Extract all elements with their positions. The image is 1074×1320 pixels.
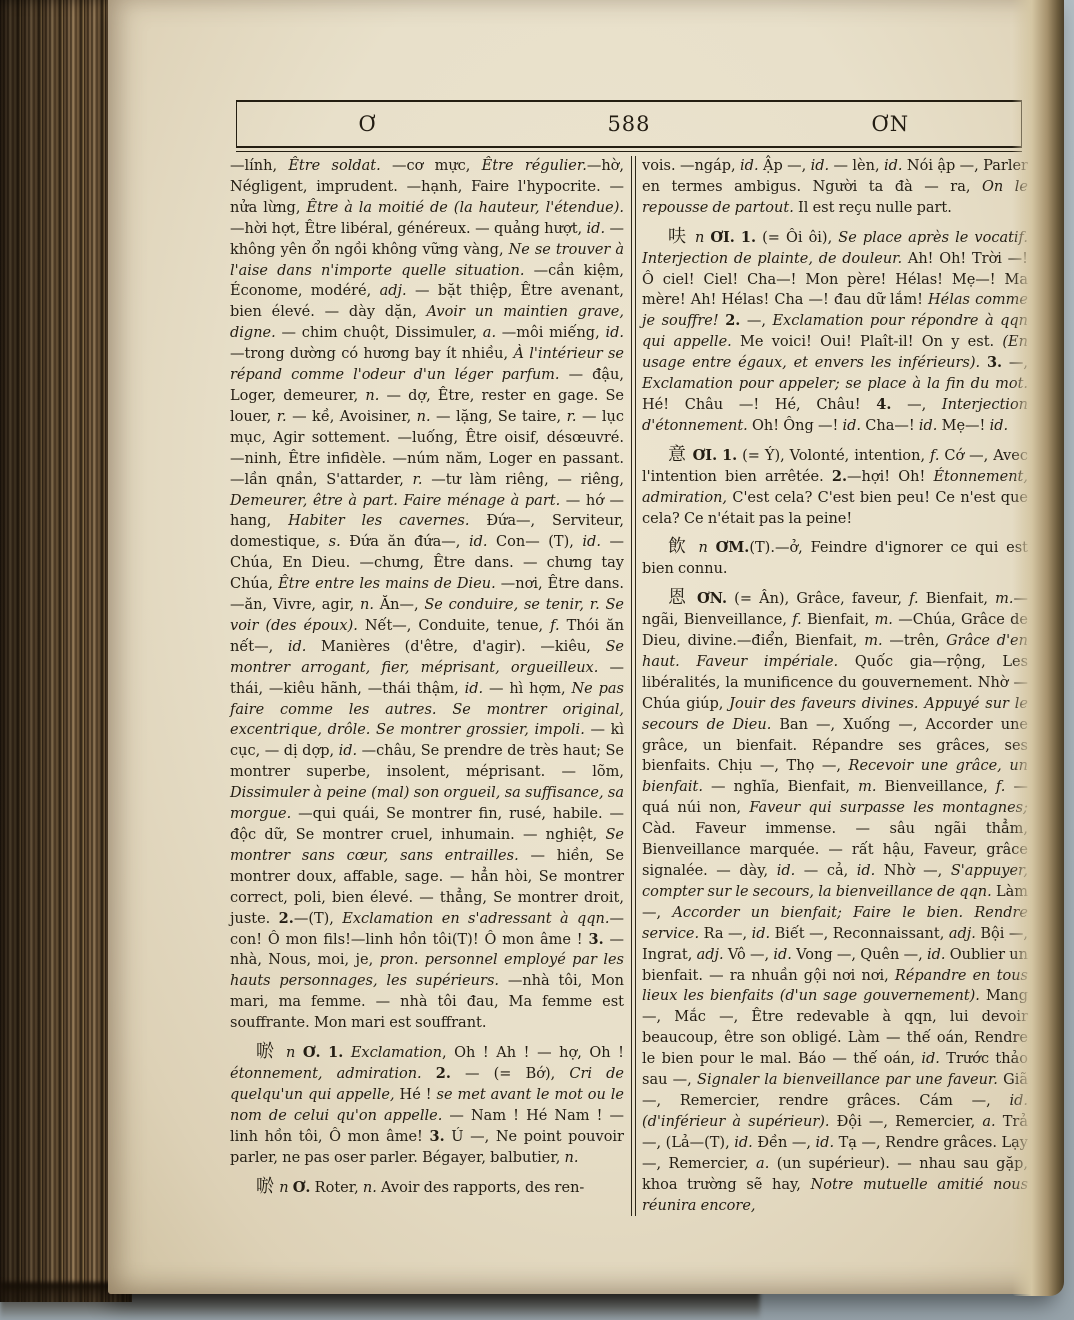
italic-text: a. (982, 1114, 995, 1130)
right-column: vois. —ngáp, id. Ập —, id. — lèn, id. Nó… (642, 156, 1028, 1216)
page-number: 588 (498, 112, 759, 136)
italic-text: a. (483, 325, 496, 341)
italic-text: étonnement, admiration. (230, 1066, 422, 1082)
italic-text: Être entre les mains de Dieu. (278, 576, 496, 592)
italic-text: id. (921, 1051, 940, 1067)
italic-text: m. (858, 779, 876, 795)
italic-text: Faveur qui surpasse les montagnes; (749, 800, 1028, 816)
italic-text: Exclamation en s'adressant à qqn. (342, 911, 609, 927)
cjk-headword-character: 意 (668, 444, 688, 465)
italic-text: id. (927, 947, 946, 963)
italic-text: Répandre en tous lieux les bienfaits (d'… (642, 968, 1028, 1005)
bold-text: ƠI. (710, 229, 734, 246)
entry-o-roter: 唹 n Ơ. Roter, n. Avoir des rapports, des… (230, 1178, 624, 1199)
italic-text: Se montrer sans cœur, sans entrailles. (230, 827, 624, 864)
italic-text: pron. personnel employé par les hauts pe… (230, 952, 624, 989)
italic-text: Ne pas faire comme les autres. Se montre… (230, 681, 624, 739)
italic-text: id. (734, 1135, 753, 1151)
cjk-headword-character: 唹 (256, 1041, 278, 1062)
bold-text: ƠI. (693, 447, 717, 464)
italic-text: f. (909, 591, 918, 607)
left-column: —lính, Être soldat. —cơ mực, Être réguli… (230, 156, 624, 1216)
italic-text: Être régulier. (482, 158, 587, 174)
italic-text: n (695, 230, 704, 246)
entry-o-exclamation: 唹 n Ơ. 1. Exclamation, Oh ! Ah ! — hợ, O… (230, 1043, 624, 1168)
cjk-headword-character: 唹 (256, 1176, 275, 1197)
italic-text: n. (360, 597, 374, 613)
italic-text: n. (363, 1180, 377, 1196)
entry-oi-intention: 意 ƠI. 1. (= Ý), Volonté, intention, f. C… (642, 446, 1028, 530)
bold-text: 2. (725, 312, 740, 329)
bold-text: 3. (430, 1128, 445, 1145)
running-head-right: ƠN (760, 112, 1021, 136)
running-head-left: Ơ (237, 112, 498, 136)
italic-text: n. (417, 409, 431, 425)
italic-text: Grâce d'en haut. Faveur impériale. (642, 633, 1028, 670)
italic-text: id. (d'inférieur à supérieur). (642, 1093, 1028, 1130)
italic-text: n (279, 1180, 288, 1196)
italic-text: id. (605, 325, 624, 341)
italic-text: id. (582, 534, 601, 550)
italic-text: id. (811, 158, 830, 174)
italic-text: Ne se trouver à l'aise dans n'importe qu… (230, 242, 624, 279)
italic-text: Être soldat. (288, 158, 380, 174)
italic-text: id. (919, 418, 938, 434)
italic-text: s. (329, 534, 341, 550)
italic-text: Demeurer, être à part. Faire ménage à pa… (230, 493, 560, 509)
italic-text: Être à la moitié de (la hauteur, l'étend… (306, 200, 624, 216)
italic-text: a. (756, 1156, 769, 1172)
italic-text: id. (740, 158, 759, 174)
cjk-headword-character: 飲 (668, 536, 691, 557)
italic-text: m. (875, 612, 893, 628)
italic-text: id. (777, 863, 796, 879)
italic-text: f. (930, 448, 939, 464)
italic-text: id. (773, 947, 792, 963)
italic-text: Habiter les cavernes. (288, 513, 469, 529)
bold-text: Ơ. (303, 1044, 321, 1061)
continuation-o-entry: —lính, Être soldat. —cơ mực, Être réguli… (230, 156, 624, 1034)
dictionary-columns: —lính, Être soldat. —cơ mực, Être réguli… (230, 156, 1030, 1216)
italic-text: f. (996, 779, 1005, 795)
entry-oi-interjection: 呋 n ƠI. 1. (= Ôi ôi), Se place après le … (642, 228, 1028, 437)
italic-text: id. (339, 743, 358, 759)
italic-text: Avoir un maintien grave, digne. (230, 304, 624, 341)
book-photo: Ơ 588 ƠN —lính, Être soldat. —cơ mực, Êt… (0, 0, 1074, 1320)
bold-text: 1. (741, 229, 756, 246)
bold-text: ƠN. (697, 590, 727, 607)
italic-text: adj. (380, 283, 407, 299)
bold-text: Ơ. (293, 1179, 311, 1196)
italic-text: S'appuyer, compter sur le secours, la bi… (642, 863, 1028, 900)
italic-text: id. (752, 926, 771, 942)
bold-text: 1. (722, 447, 737, 464)
running-head: Ơ 588 ƠN (236, 100, 1022, 148)
italic-text: Signaler la bienveillance par une faveur… (697, 1072, 998, 1088)
entry-on-grace: 恩 ƠN. (= Ân), Grâce, faveur, f. Bienfait… (642, 589, 1028, 1216)
bold-text: 3. (588, 931, 603, 948)
italic-text: adj. (697, 947, 724, 963)
italic-text: id. (884, 158, 903, 174)
italic-text: n (698, 540, 707, 556)
cjk-headword-character: 呋 (668, 226, 689, 247)
italic-text: Exclamation pour appeler; se place à la … (642, 376, 1028, 392)
italic-text: id. (990, 418, 1009, 434)
italic-text: Se conduire, se tenir, r. Se voir (des é… (230, 597, 624, 634)
bold-text: ƠM. (716, 539, 750, 556)
bold-text: 3. (987, 354, 1002, 371)
italic-text: r. (413, 472, 423, 488)
entry-om: 飲 n ƠM.(T).—ở, Feindre d'ignorer ce qui … (642, 538, 1028, 580)
italic-text: Jouir des faveurs divines. Appuyé sur le… (642, 696, 1028, 733)
italic-text: n (286, 1045, 295, 1061)
book-page: Ơ 588 ƠN —lính, Être soldat. —cơ mực, Êt… (108, 0, 1056, 1294)
column-divider-rule (631, 156, 636, 1216)
italic-text: n. (365, 388, 379, 404)
italic-text: n. (565, 1150, 579, 1166)
italic-text: Dissimuler à peine (mal) son orgueil, sa… (230, 785, 624, 822)
italic-text: Exclamation (351, 1045, 442, 1061)
italic-text: Interjection d'étonnement. (642, 397, 1028, 434)
continuation-o-roter: vois. —ngáp, id. Ập —, id. — lèn, id. Nó… (642, 156, 1028, 219)
italic-text: id. (857, 863, 876, 879)
bold-text: 2. (279, 910, 294, 927)
italic-text: Notre mutuelle amitié nous réunira encor… (642, 1177, 1028, 1214)
italic-text: m. (995, 591, 1013, 607)
bold-text: 2. (832, 468, 847, 485)
page-right-curl (1012, 0, 1064, 1296)
bold-text: 4. (876, 396, 891, 413)
italic-text: id. (843, 418, 862, 434)
italic-text: id. (587, 221, 606, 237)
bold-text: 1. (328, 1044, 343, 1061)
italic-text: id. (816, 1135, 835, 1151)
italic-text: f. (550, 618, 559, 634)
italic-text: r. (277, 409, 287, 425)
italic-text: id. (469, 534, 488, 550)
italic-text: À l'intérieur se répand comme l'odeur d'… (230, 346, 624, 383)
italic-text: f. (792, 612, 801, 628)
italic-text: id. (465, 681, 484, 697)
bold-text: 2. (436, 1065, 451, 1082)
italic-text: r. (567, 409, 577, 425)
italic-text: Recevoir une grâce, un bienfait. (642, 758, 1028, 795)
cjk-headword-character: 恩 (668, 587, 690, 608)
italic-text: m. (864, 633, 882, 649)
italic-text: adj. (949, 926, 976, 942)
italic-text: On le repousse de partout. (642, 179, 1028, 216)
italic-text: id. (288, 639, 307, 655)
